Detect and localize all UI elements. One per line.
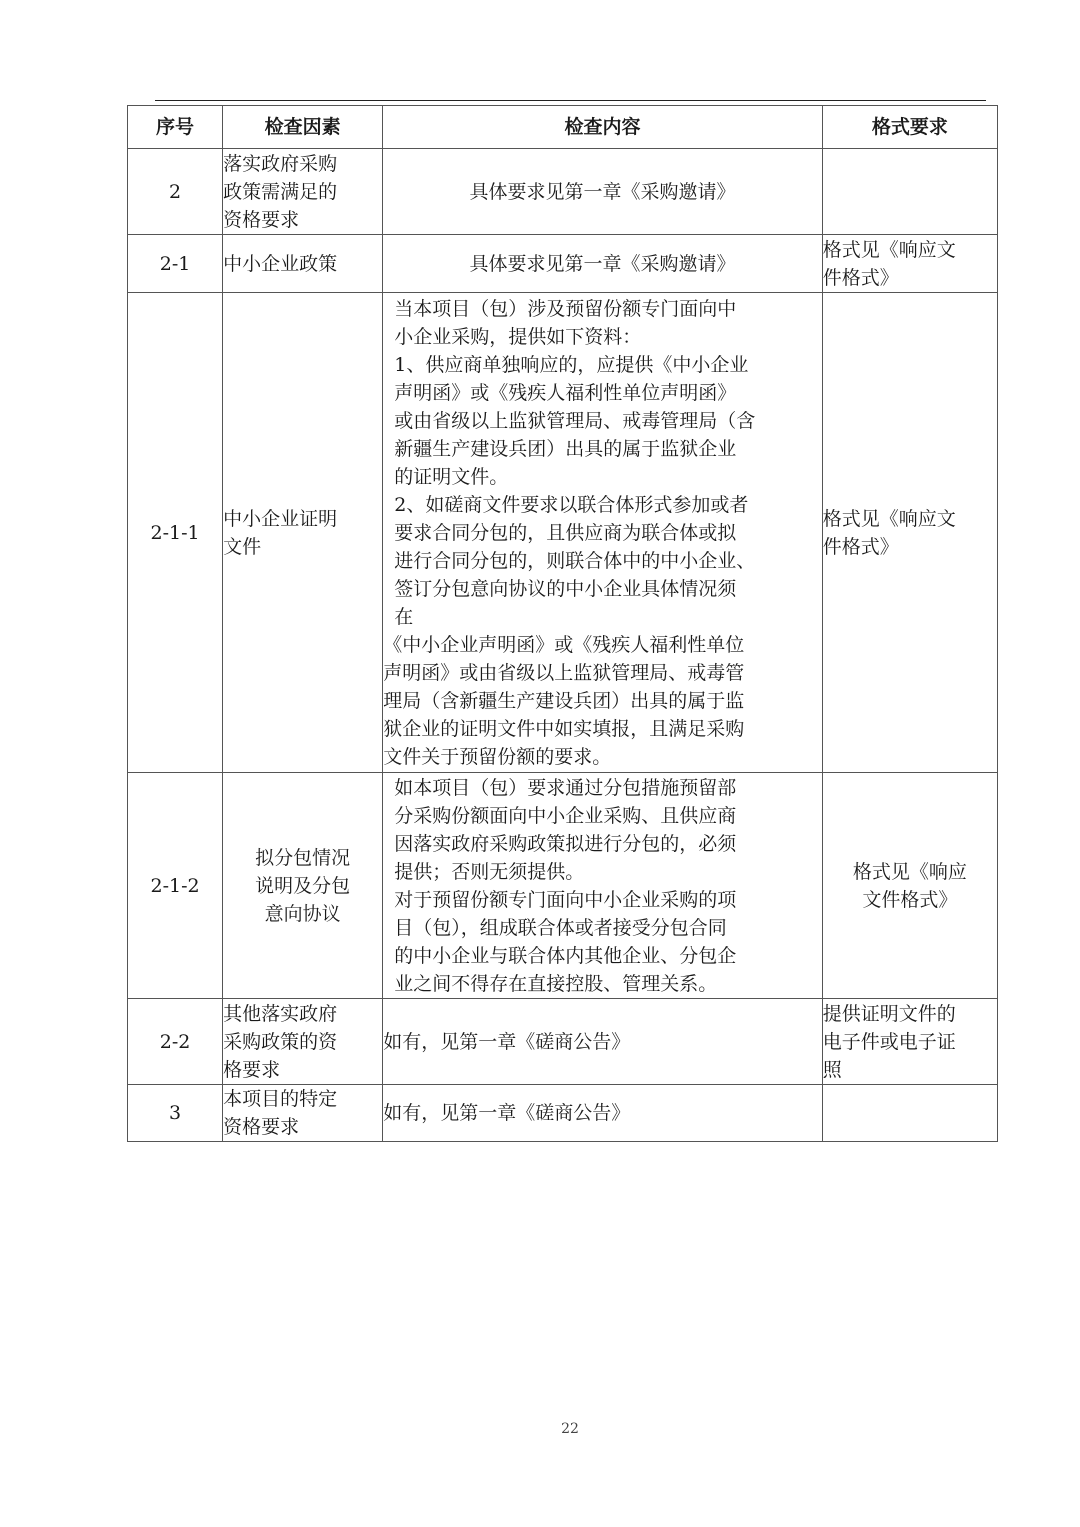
- content-line: 目（包），组成联合体或者接受分包合同: [383, 914, 822, 942]
- factor-line: 落实政府采购: [223, 150, 382, 178]
- content-line: 声明函》或由省级以上监狱管理局、戒毒管: [383, 659, 822, 687]
- row-no: 2-1-1: [128, 293, 223, 773]
- row-factor: 落实政府采购 政策需满足的 资格要求: [223, 149, 383, 235]
- content-line: 理局（含新疆生产建设兵团）出具的属于监: [383, 687, 822, 715]
- content-line: 的证明文件。: [383, 463, 822, 491]
- page-number: 22: [0, 1421, 1080, 1437]
- factor-line: 格要求: [223, 1056, 382, 1084]
- factor-line: 说明及分包: [229, 872, 376, 900]
- row-format: 格式见《响应 文件格式》: [822, 773, 997, 999]
- content-line: 业之间不得存在直接控股、管理关系。: [383, 970, 822, 998]
- content-line: 《中小企业声明函》或《残疾人福利性单位: [383, 631, 822, 659]
- header-format: 格式要求: [822, 106, 997, 149]
- format-line: 格式见《响应文: [823, 236, 997, 264]
- content-line: 2、如磋商文件要求以联合体形式参加或者: [383, 491, 822, 519]
- table-row: 2 落实政府采购 政策需满足的 资格要求 具体要求见第一章《采购邀请》: [128, 149, 998, 235]
- row-content: 具体要求见第一章《采购邀请》: [383, 235, 823, 293]
- row-factor: 其他落实政府 采购政策的资 格要求: [223, 999, 383, 1085]
- content-line: 要求合同分包的，且供应商为联合体或拟: [383, 519, 822, 547]
- content-line: 因落实政府采购政策拟进行分包的，必须: [383, 830, 822, 858]
- content-line: 如本项目（包）要求通过分包措施预留部: [383, 774, 822, 802]
- row-factor: 本项目的特定 资格要求: [223, 1085, 383, 1142]
- content-line: 声明函》或《残疾人福利性单位声明函》: [383, 379, 822, 407]
- factor-line: 政策需满足的: [223, 178, 382, 206]
- header-no: 序号: [128, 106, 223, 149]
- content-line: 或由省级以上监狱管理局、戒毒管理局（含: [383, 407, 822, 435]
- content-line: 狱企业的证明文件中如实填报，且满足采购: [383, 715, 822, 743]
- row-no: 2-2: [128, 999, 223, 1085]
- format-line: 格式见《响应文: [823, 505, 997, 533]
- row-no: 2: [128, 149, 223, 235]
- content-line: 文件关于预留份额的要求。: [383, 743, 822, 771]
- table-row: 2-1-1 中小企业证明 文件 当本项目（包）涉及预留份额专门面向中 小企业采购…: [128, 293, 998, 773]
- factor-line: 资格要求: [223, 1113, 382, 1141]
- content-line: 新疆生产建设兵团）出具的属于监狱企业: [383, 435, 822, 463]
- table-row: 3 本项目的特定 资格要求 如有，见第一章《磋商公告》: [128, 1085, 998, 1142]
- content-line: 对于预留份额专门面向中小企业采购的项: [383, 886, 822, 914]
- content-line: 提供；否则无须提供。: [383, 858, 822, 886]
- format-line: 照: [823, 1056, 997, 1084]
- row-format: 格式见《响应文 件格式》: [822, 235, 997, 293]
- format-line: 格式见《响应: [823, 858, 997, 886]
- row-factor: 中小企业政策: [223, 235, 383, 293]
- row-no: 2-1-2: [128, 773, 223, 999]
- content-line: 在: [383, 603, 822, 631]
- content-line: 分采购份额面向中小企业采购、且供应商: [383, 802, 822, 830]
- row-no: 3: [128, 1085, 223, 1142]
- row-format: [822, 149, 997, 235]
- row-factor: 中小企业证明 文件: [223, 293, 383, 773]
- factor-line: 本项目的特定: [223, 1085, 382, 1113]
- format-line: 提供证明文件的: [823, 1000, 997, 1028]
- row-format: 提供证明文件的 电子件或电子证 照: [822, 999, 997, 1085]
- row-content: 如有，见第一章《磋商公告》: [383, 999, 823, 1085]
- format-line: 件格式》: [823, 533, 997, 561]
- table-row: 2-2 其他落实政府 采购政策的资 格要求 如有，见第一章《磋商公告》 提供证明…: [128, 999, 998, 1085]
- row-factor: 拟分包情况 说明及分包 意向协议: [223, 773, 383, 999]
- row-content: 如有，见第一章《磋商公告》: [383, 1085, 823, 1142]
- table-header-row: 序号 检查因素 检查内容 格式要求: [128, 106, 998, 149]
- header-rule: [155, 100, 986, 101]
- content-line: 小企业采购，提供如下资料：: [383, 323, 822, 351]
- content-line: 的中小企业与联合体内其他企业、分包企: [383, 942, 822, 970]
- row-no: 2-1: [128, 235, 223, 293]
- row-content: 当本项目（包）涉及预留份额专门面向中 小企业采购，提供如下资料： 1、供应商单独…: [383, 293, 823, 773]
- factor-line: 中小企业证明: [223, 505, 382, 533]
- factor-line: 其他落实政府: [223, 1000, 382, 1028]
- format-line: 文件格式》: [823, 886, 997, 914]
- factor-line: 采购政策的资: [223, 1028, 382, 1056]
- factor-line: 拟分包情况: [229, 844, 376, 872]
- content-line: 当本项目（包）涉及预留份额专门面向中: [383, 295, 822, 323]
- factor-line: 资格要求: [223, 206, 382, 234]
- factor-line: 文件: [223, 533, 382, 561]
- row-content: 如本项目（包）要求通过分包措施预留部 分采购份额面向中小企业采购、且供应商 因落…: [383, 773, 823, 999]
- format-line: 电子件或电子证: [823, 1028, 997, 1056]
- qualification-check-table: 序号 检查因素 检查内容 格式要求 2 落实政府采购 政策需满足的 资格要求 具…: [127, 105, 998, 1142]
- content-line: 1、供应商单独响应的，应提供《中小企业: [383, 351, 822, 379]
- content-line: 签订分包意向协议的中小企业具体情况须: [383, 575, 822, 603]
- format-line: 件格式》: [823, 264, 997, 292]
- table-row: 2-1 中小企业政策 具体要求见第一章《采购邀请》 格式见《响应文 件格式》: [128, 235, 998, 293]
- table-row: 2-1-2 拟分包情况 说明及分包 意向协议 如本项目（包）要求通过分包措施预留…: [128, 773, 998, 999]
- factor-line: 意向协议: [229, 900, 376, 928]
- header-content: 检查内容: [383, 106, 823, 149]
- row-format: 格式见《响应文 件格式》: [822, 293, 997, 773]
- factor-line: 中小企业政策: [223, 250, 382, 278]
- header-factor: 检查因素: [223, 106, 383, 149]
- content-line: 进行合同分包的，则联合体中的中小企业、: [383, 547, 822, 575]
- row-content: 具体要求见第一章《采购邀请》: [383, 149, 823, 235]
- row-format: [822, 1085, 997, 1142]
